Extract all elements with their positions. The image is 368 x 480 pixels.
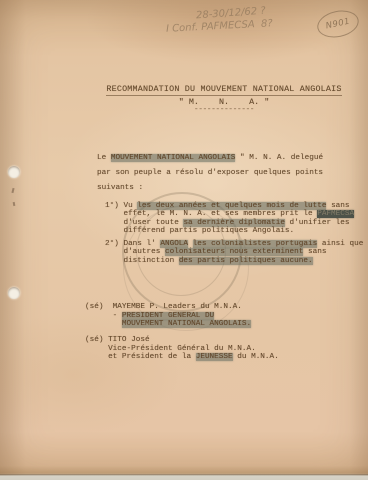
circled-ref-number: N901 xyxy=(315,7,361,41)
highlighted-text: les colonialistes portugais xyxy=(193,240,318,248)
text-line: d'user toute sa dernière diplomatie d'un… xyxy=(105,219,354,227)
text-line: par son peuple a résolu d'exposer quelqu… xyxy=(97,166,323,181)
highlighted-text: ANGOLA xyxy=(160,240,188,248)
ref-number-text: N901 xyxy=(325,17,351,32)
highlighted-text: PAFMECSA xyxy=(317,210,354,218)
highlighted-text: MOUVEMENT NATIONAL ANGOLAIS. xyxy=(122,320,251,328)
text-line: d'autres colonisateurs nous exterminent … xyxy=(105,248,363,256)
signature-block-2: (sé) TITO José Vice-Président Général du… xyxy=(85,336,279,362)
document-page: 28-30/12/62 ? I Conf. PAFMECSA 8? N901 R… xyxy=(0,0,368,480)
highlighted-text: MOUVEMENT NATIONAL ANGOLAIS xyxy=(111,154,236,162)
punch-hole xyxy=(8,287,20,299)
signature-block-1: (sé) MAYEMBE P. Leaders du M.N.A. - PRES… xyxy=(85,303,251,329)
highlighted-text: des partis politiques aucune. xyxy=(179,257,313,265)
text-line: suivants : xyxy=(97,181,323,196)
text-segment: et Président de la xyxy=(85,353,196,361)
text-segment: Vice-Président Général du M.N.A. xyxy=(85,345,256,353)
document-title-text: RECOMMANDATION DU MOUVEMENT NATIONAL ANG… xyxy=(106,84,341,96)
text-line: Le MOUVEMENT NATIONAL ANGOLAIS " M. N. A… xyxy=(97,151,323,166)
text-segment: 1°) Vu xyxy=(105,202,137,210)
point-2: 2°) Dans l' ANGOLA les colonialistes por… xyxy=(105,240,363,265)
handwritten-conference-note: I Conf. PAFMECSA 8? xyxy=(166,18,273,35)
scan-bottom-edge xyxy=(0,474,368,480)
highlighted-text: JEUNESSE xyxy=(196,353,233,361)
text-line: distinction des partis politiques aucune… xyxy=(105,257,363,265)
text-segment: sans xyxy=(326,202,349,210)
text-segment: suivants : xyxy=(97,184,143,192)
pencil-tick xyxy=(13,202,16,206)
text-segment xyxy=(188,240,193,248)
highlighted-text: les deux années et quelques mois de lutt… xyxy=(137,202,326,210)
text-line: MOUVEMENT NATIONAL ANGOLAIS. xyxy=(85,320,251,329)
highlighted-text: colonisateurs nous exterminent xyxy=(165,248,303,256)
highlighted-text: PRESIDENT GENERAL DU xyxy=(122,312,214,320)
title-underline-dashes: -------------- xyxy=(90,105,358,114)
text-segment: du M.N.A. xyxy=(233,353,279,361)
text-line: (sé) MAYEMBE P. Leaders du M.N.A. xyxy=(85,303,251,312)
intro-paragraph: Le MOUVEMENT NATIONAL ANGOLAIS " M. N. A… xyxy=(97,151,323,196)
text-segment: (sé) TITO José xyxy=(85,336,150,344)
text-line: effet, le M. N. A. et ses membres prit l… xyxy=(105,210,354,218)
text-line: différend partis politiques Angolais. xyxy=(105,227,354,235)
text-segment: par son peuple a résolu d'exposer quelqu… xyxy=(97,169,323,177)
text-line: et Président de la JEUNESSE du M.N.A. xyxy=(85,353,279,362)
pencil-tick xyxy=(11,188,14,193)
text-segment: Le xyxy=(97,154,111,162)
text-segment: ainsi que xyxy=(317,240,363,248)
text-segment: d'unifier les xyxy=(285,219,350,227)
highlighted-text: sa dernière diplomatie xyxy=(183,219,285,227)
text-segment: 2°) Dans l' xyxy=(105,240,160,248)
title-block: RECOMMANDATION DU MOUVEMENT NATIONAL ANG… xyxy=(90,84,358,114)
document-title: RECOMMANDATION DU MOUVEMENT NATIONAL ANG… xyxy=(90,84,358,94)
punch-hole xyxy=(8,166,20,178)
text-segment: d'autres xyxy=(105,248,165,256)
text-segment: (sé) MAYEMBE P. Leaders du M.N.A. xyxy=(85,303,242,311)
text-segment: distinction xyxy=(105,257,179,265)
text-segment: " M. N. A. delegué xyxy=(235,154,323,162)
text-segment: différend partis politiques Angolais. xyxy=(105,227,294,235)
text-segment: sans xyxy=(303,248,326,256)
point-1: 1°) Vu les deux années et quelques mois … xyxy=(105,202,354,235)
text-segment xyxy=(85,320,122,328)
text-segment: - xyxy=(85,312,122,320)
text-segment: effet, le M. N. A. et ses membres prit l… xyxy=(105,210,317,218)
text-segment: d'user toute xyxy=(105,219,183,227)
text-line: (sé) TITO José xyxy=(85,336,279,345)
